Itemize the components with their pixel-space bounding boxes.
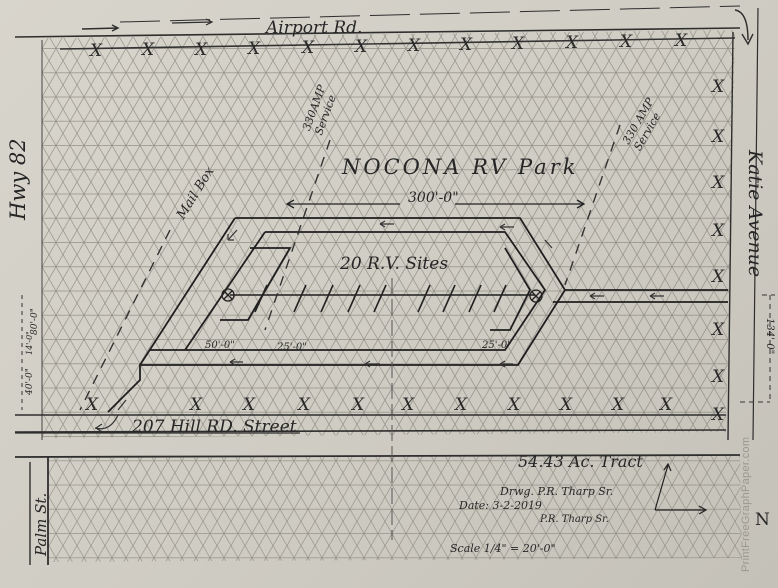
svg-text:X: X <box>710 173 725 193</box>
svg-text:X: X <box>400 395 415 415</box>
site-plan-drawing: XXX XXX XXX XXX XXX XXX XX XXX XXX XXX X… <box>0 0 778 588</box>
svg-text:X: X <box>658 395 673 415</box>
svg-text:X: X <box>193 40 208 60</box>
svg-text:X: X <box>673 31 688 51</box>
grid-lower <box>48 455 742 562</box>
width-dimension-label: 300'-0" <box>408 190 459 206</box>
svg-text:X: X <box>246 39 261 59</box>
svg-text:X: X <box>296 395 311 415</box>
svg-text:X: X <box>506 395 521 415</box>
sites-label: 20 R.V. Sites <box>340 254 448 274</box>
road-label-katie-avenue: Katie Avenue <box>744 150 766 277</box>
date-label: Date: 3-2-2019 <box>459 499 542 512</box>
signature-label: P.R. Tharp Sr. <box>540 514 609 525</box>
svg-text:X: X <box>564 33 579 53</box>
road-label-hwy-82: Hwy 82 <box>6 138 30 220</box>
svg-text:X: X <box>610 395 625 415</box>
left-dim-80-label: 80'-0" <box>30 308 40 335</box>
grid-upper <box>42 30 735 438</box>
svg-text:X: X <box>510 34 525 54</box>
svg-text:X: X <box>84 395 99 415</box>
road-label-airport: Airport Rd. <box>266 18 362 38</box>
svg-text:X: X <box>350 395 365 415</box>
svg-text:X: X <box>140 40 155 60</box>
road-label-palm-st: Palm St. <box>32 493 50 556</box>
svg-text:X: X <box>710 367 725 387</box>
svg-text:X: X <box>710 320 725 340</box>
svg-text:X: X <box>710 267 725 287</box>
svg-text:X: X <box>558 395 573 415</box>
drawing-canvas: XXX XXX XXX XXX XXX XXX XX XXX XXX XXX X… <box>0 0 778 588</box>
scale-label: Scale 1/4" = 20'-0" <box>450 542 556 555</box>
north-marker-label: N <box>755 510 770 530</box>
svg-text:X: X <box>241 395 256 415</box>
park-title: NOCONA RV Park <box>342 155 578 179</box>
svg-text:X: X <box>453 395 468 415</box>
svg-text:X: X <box>618 32 633 52</box>
svg-text:X: X <box>88 41 103 61</box>
dim-25-right-label: 25'-0" <box>482 340 512 351</box>
svg-text:X: X <box>710 127 725 147</box>
road-label-hill-street: 207 Hill RD. Street <box>132 417 297 437</box>
svg-text:X: X <box>300 38 315 58</box>
svg-text:X: X <box>710 221 725 241</box>
svg-text:X: X <box>710 405 725 425</box>
svg-text:X: X <box>188 395 203 415</box>
svg-text:X: X <box>406 36 421 56</box>
dim-25-left-label: 25'-0" <box>277 342 307 353</box>
drawn-by-label: Drwg. P.R. Tharp Sr. <box>500 485 613 498</box>
tract-label: 54.43 Ac. Tract <box>518 452 643 471</box>
svg-text:X: X <box>458 35 473 55</box>
left-dim-40-label: 40'-0" <box>25 368 35 395</box>
watermark: PrintFreeGraphPaper.com <box>740 437 752 572</box>
svg-text:X: X <box>353 37 368 57</box>
dim-50-label: 50'-0" <box>205 340 235 351</box>
svg-text:X: X <box>710 77 725 97</box>
right-dim-134-label: 134'-0" <box>764 318 775 354</box>
